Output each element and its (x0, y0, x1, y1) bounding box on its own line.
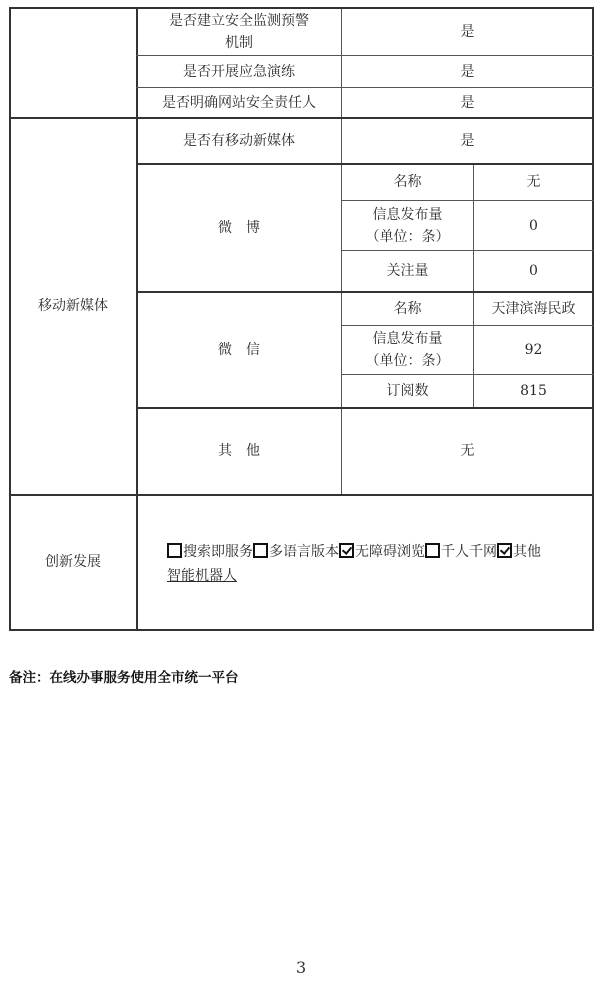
option-label: 无障碍浏览 (355, 544, 425, 560)
label-line: 信息发布量 (373, 328, 443, 350)
innovation-section-label: 创新发展 (10, 495, 136, 629)
weibo-name-value: 无 (474, 164, 593, 200)
option-label: 搜索即服务 (183, 544, 253, 560)
checkbox-search-service[interactable] (167, 543, 182, 558)
checkbox-accessibility[interactable] (339, 543, 354, 558)
has-mobile-media-label: 是否有移动新媒体 (137, 118, 341, 163)
other-innovation-value: 智能机器人 (167, 568, 237, 584)
weibo-name-label: 名称 (342, 164, 473, 200)
label-line: 是否建立安全监测预警 (169, 10, 309, 32)
emergency-drill-value: 是 (342, 56, 593, 87)
checkbox-personalized[interactable] (425, 543, 440, 558)
page-number: 3 (296, 958, 306, 977)
checkbox-multilingual[interactable] (253, 543, 268, 558)
other-media-label: 其他 (137, 408, 341, 494)
security-responsible-label: 是否明确网站安全责任人 (137, 88, 341, 117)
label-line: （单位：条） (366, 226, 450, 248)
option-label: 多语言版本 (269, 544, 339, 560)
weibo-followers-value: 0 (474, 251, 593, 291)
security-responsible-value: 是 (342, 88, 593, 117)
wechat-posts-value: 92 (474, 326, 593, 374)
weibo-posts-label: 信息发布量 （单位：条） (342, 201, 473, 250)
wechat-subscribers-label: 订阅数 (342, 375, 473, 407)
footnote: 备注：在线办事服务使用全市统一平台 (9, 666, 239, 686)
checkbox-other[interactable] (497, 543, 512, 558)
other-media-value: 无 (342, 408, 593, 494)
label-line: 机制 (225, 32, 253, 54)
label-line: 信息发布量 (373, 204, 443, 226)
mobile-media-section-label: 移动新媒体 (10, 118, 136, 494)
row-line (9, 629, 594, 631)
wechat-label: 微信 (137, 292, 341, 407)
emergency-drill-label: 是否开展应急演练 (137, 56, 341, 87)
security-monitoring-value: 是 (342, 8, 593, 55)
innovation-options: 搜索即服务多语言版本无障碍浏览千人千网其他 智能机器人 (167, 540, 587, 588)
label-line: （单位：条） (366, 350, 450, 372)
security-monitoring-label: 是否建立安全监测预警 机制 (137, 8, 341, 55)
option-label: 其他 (513, 544, 541, 560)
weibo-posts-value: 0 (474, 201, 593, 250)
wechat-name-label: 名称 (342, 292, 473, 325)
wechat-subscribers-value: 815 (474, 375, 593, 407)
wechat-posts-label: 信息发布量 （单位：条） (342, 326, 473, 374)
wechat-name-value: 天津滨海民政 (474, 292, 593, 325)
has-mobile-media-value: 是 (342, 118, 593, 163)
weibo-label: 微博 (137, 164, 341, 291)
weibo-followers-label: 关注量 (342, 251, 473, 291)
option-label: 千人千网 (441, 544, 497, 560)
